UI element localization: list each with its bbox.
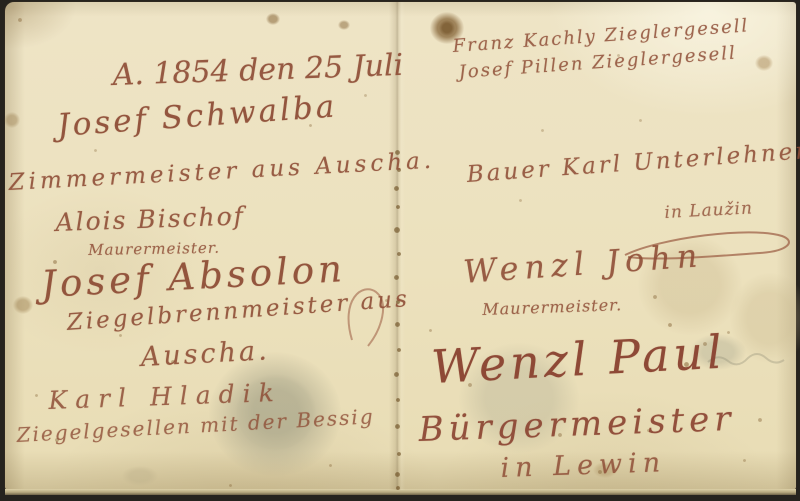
handwriting-date-line: A. 1854 den 25 Juli — [112, 48, 404, 93]
handwriting-name-hladik: Karl Hladik — [48, 378, 282, 415]
handwriting-place-lewin: in Lewin — [500, 447, 667, 484]
handwriting-title-paul: Bürgermeister — [418, 399, 736, 450]
scanned-document: A. 1854 den 25 JuliJosef SchwalbaZimmerm… — [0, 0, 800, 501]
handwriting-layer: A. 1854 den 25 JuliJosef SchwalbaZimmerm… — [0, 0, 800, 501]
handwriting-name-bischof: Alois Bischof — [55, 201, 245, 237]
handwriting-place-lauzin: in Laužin — [664, 198, 753, 223]
handwriting-title-schwalba: Zimmermeister aus Auscha. — [8, 148, 436, 196]
handwriting-title-absolon-2: Auscha. — [140, 335, 270, 373]
handwriting-name-john: Wenzl John — [462, 236, 704, 291]
handwriting-title-john: Maurermeister. — [482, 295, 622, 319]
handwriting-name-schwalba: Josef Schwalba — [56, 88, 338, 143]
handwriting-name-paul: Wenzl Paul — [430, 325, 727, 394]
handwriting-name-unterlehner: Bauer Karl Unterlehner — [466, 138, 800, 188]
